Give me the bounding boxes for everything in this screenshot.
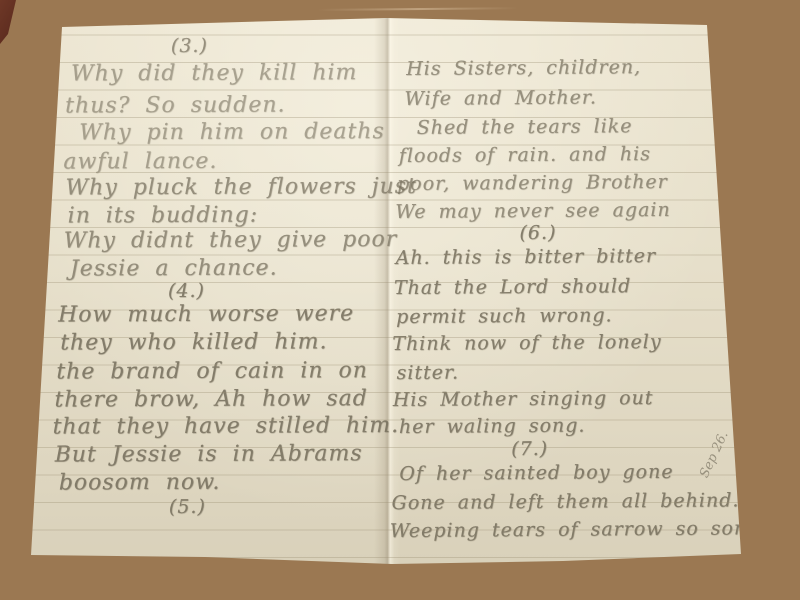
handwriting-line: Shed the tears like — [417, 117, 633, 138]
handwriting-line: That the Lord should — [394, 277, 631, 298]
handwriting-line: Wife and Mother. — [404, 88, 597, 109]
handwriting-line: Of her sainted boy gone — [399, 463, 673, 484]
handwriting-line: Gone and left them all behind. — [392, 491, 740, 513]
handwriting-line: His Mother singing out — [393, 389, 654, 410]
handwriting-line: her waling song. — [399, 417, 586, 437]
handwriting-line: poor, wandering Brother — [397, 173, 668, 194]
right-page: His Sisters, children, Wife and Mother. … — [0, 0, 800, 600]
cardboard-background: (3.) Why did they kill him thus? So sudd… — [0, 0, 800, 600]
handwriting-line: Ah. this is bitter bitter — [396, 247, 657, 268]
handwriting-line: Weeping tears of sarrow so sore. — [390, 519, 764, 541]
stanza-number: (6.) — [519, 224, 556, 243]
corner-object — [0, 0, 16, 44]
handwriting-line: We may never see again — [395, 201, 671, 222]
cardboard-scratch — [318, 7, 518, 11]
stanza-number: (7.) — [511, 440, 548, 459]
handwriting-line: Think now of the lonely — [392, 333, 661, 354]
paper-sheet: (3.) Why did they kill him thus? So sudd… — [0, 0, 800, 600]
handwriting-line: floods of rain. and his — [399, 145, 651, 166]
handwriting-line: His Sisters, children, — [406, 58, 641, 79]
handwriting-line: sitter. — [397, 364, 460, 383]
handwriting-line: permit such wrong. — [396, 306, 613, 327]
